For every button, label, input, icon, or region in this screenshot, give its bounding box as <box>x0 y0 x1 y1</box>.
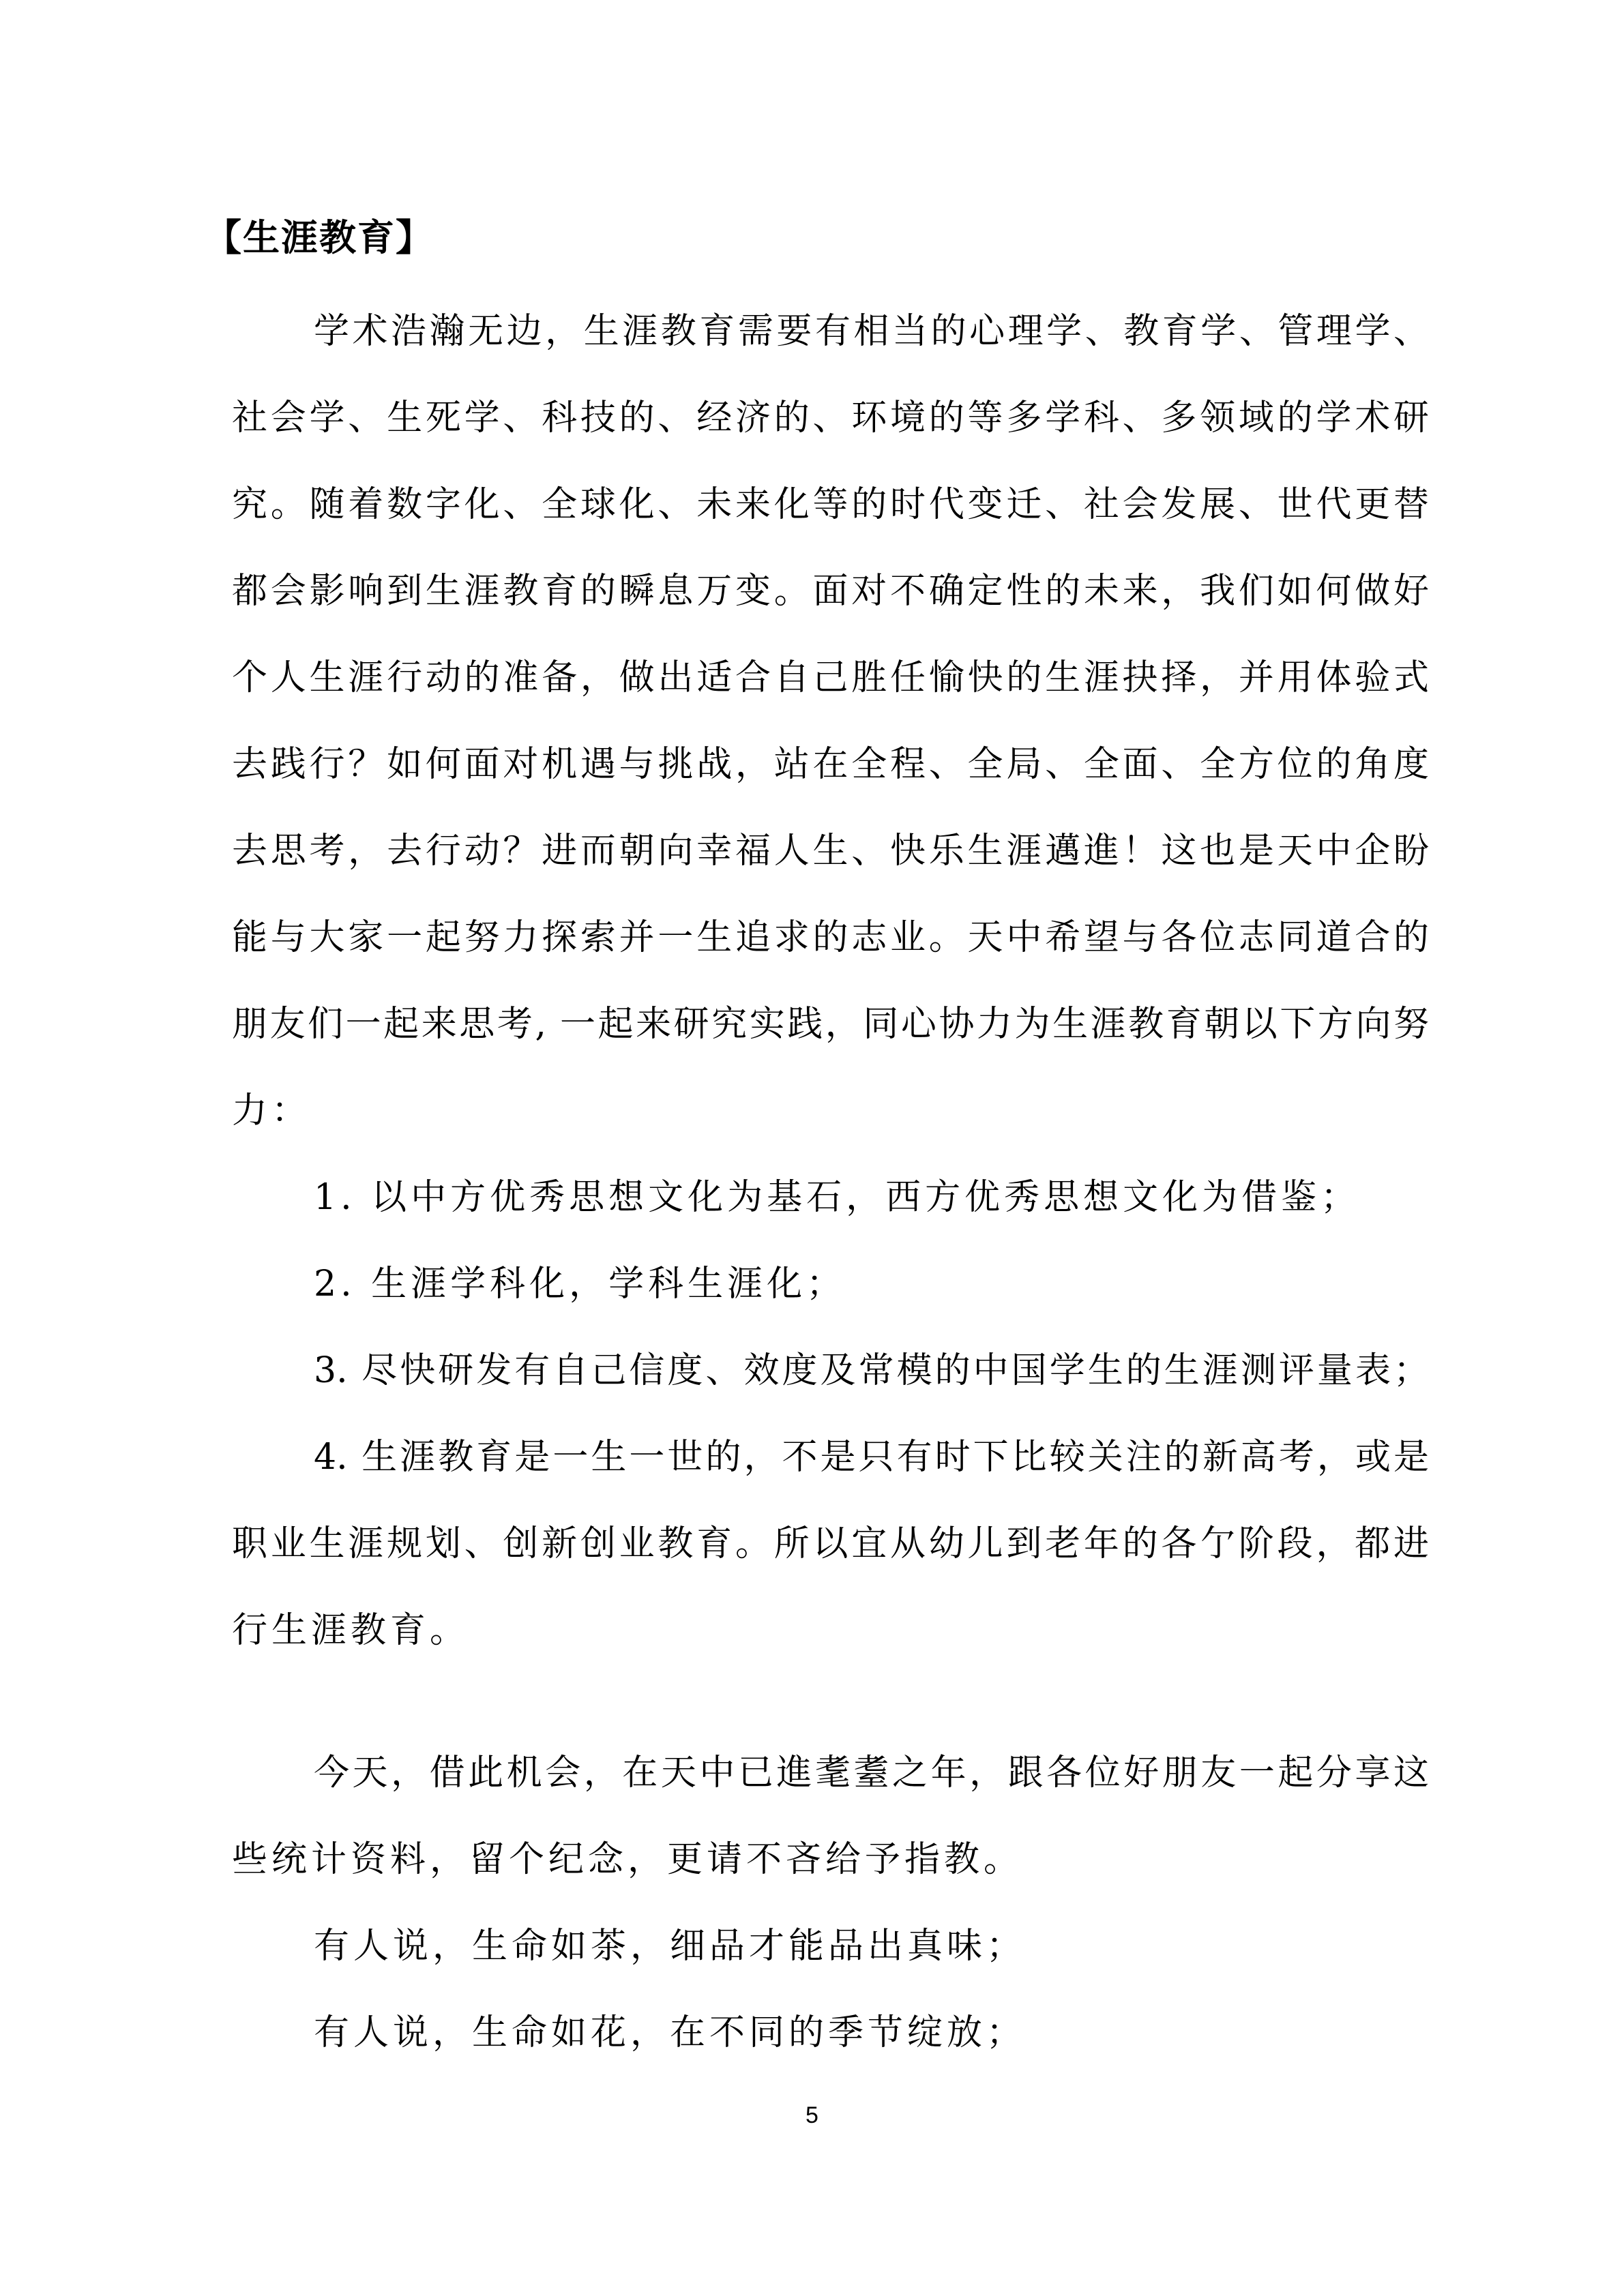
list-item-4-continuation: 职业生涯规划、创新创业教育。所以宜从幼儿到老年的各亇阶段，都进 <box>232 1519 1429 1568</box>
section-heading: 【生涯教育】 <box>205 213 434 262</box>
quote-line: 有人说，生命如花，在不同的季节绽放； <box>314 2008 1429 2057</box>
page-number: 5 <box>0 2099 1624 2132</box>
list-item-4: 4. 生涯教育是一生一世的，不是只有时下比较关注的新高考，或是 <box>314 1433 1429 1482</box>
document-page: 【生涯教育】 学术浩瀚无边，生涯教育需要有相当的心理学、教育学、管理学、 社会学… <box>0 0 1624 2296</box>
list-item-3: 3. 尽快研发有自己信度、效度及常模的中国学生的生涯测评量表； <box>314 1346 1429 1395</box>
paragraph-line: 去践行？如何面对机遇与挑战，站在全程、全局、全面、全方位的角度 <box>232 740 1429 789</box>
paragraph-line: 些统计资料，留个纪念，更请不吝给予指教。 <box>232 1835 1429 1884</box>
list-item-2: 2. 生涯学科化，学科生涯化； <box>314 1259 1429 1309</box>
paragraph-line: 能与大家一起努力探索并一生追求的志业。天中希望与各位志同道合的 <box>232 913 1429 962</box>
paragraph-line: 究。随着数字化、全球化、未来化等的时代变迁、社会发展、世代更替 <box>232 480 1429 529</box>
quote-line: 有人说，生命如茶，细品才能品出真味； <box>314 1922 1429 1971</box>
paragraph-line: 朋友们一起来思考, 一起来研究实践，同心协力为生涯教育朝以下方向努 <box>232 1000 1429 1049</box>
paragraph-line: 都会影响到生涯教育的瞬息万变。面对不确定性的未来，我们如何做好 <box>232 567 1429 616</box>
paragraph-line: 社会学、生死学、科技的、经济的、环境的等多学科、多领域的学术研 <box>232 393 1429 443</box>
paragraph-line: 学术浩瀚无边，生涯教育需要有相当的心理学、教育学、管理学、 <box>314 307 1429 356</box>
paragraph-line: 个人生涯行动的准备，做出适合自己胜任愉快的生涯抉择，并用体验式 <box>232 653 1429 702</box>
list-item-4-continuation: 行生涯教育。 <box>232 1606 1429 1655</box>
paragraph-line: 今天，借此机会，在天中已進耄耋之年，跟各位好朋友一起分享这 <box>314 1748 1429 1798</box>
list-item-1: 1. 以中方优秀思想文化为基石，西方优秀思想文化为借鉴； <box>314 1173 1429 1222</box>
paragraph-line: 去思考，去行动？进而朝向幸福人生、快乐生涯邁進！这也是天中企盼 <box>232 826 1429 876</box>
paragraph-line: 力： <box>232 1086 1429 1135</box>
